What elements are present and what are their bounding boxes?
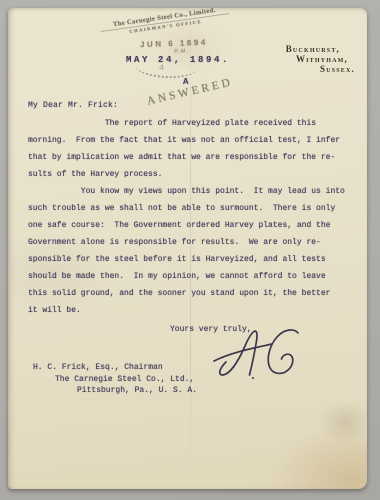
- recipient-line: Pittsburgh, Pa., U. S. A.: [77, 385, 197, 397]
- photo-background: The Carnegie Steel Co., Limited. CHAIRMA…: [0, 0, 380, 500]
- signature-ac: [212, 324, 304, 382]
- body-line: that by implication we admit that we are…: [28, 149, 358, 166]
- body-line: sponsible for the steel before it is Har…: [28, 251, 358, 268]
- letter-body: The report of Harveyized plate received …: [28, 115, 358, 319]
- letterhead-address: Buckhurst, Withyham, Sussex.: [286, 44, 355, 74]
- received-stamp-pm: P.M.: [174, 48, 189, 55]
- body-line: one safe course: The Government ordered …: [28, 217, 358, 234]
- salutation: My Dear Mr. Frick:: [28, 101, 118, 110]
- company-office-stamp: The Carnegie Steel Co., Limited. CHAIRMA…: [100, 5, 231, 38]
- received-date-stamp: JUN 6 1894 P.M.: [140, 38, 208, 49]
- letterhead-line: Buckhurst,: [286, 44, 340, 54]
- recipient-line: H. C. Frick, Esq., Chairman: [33, 362, 197, 374]
- body-line: it will be.: [28, 302, 358, 319]
- body-line: should be made then. In my opinion, we c…: [28, 268, 358, 285]
- body-line: this solid ground, and the sooner you st…: [28, 285, 358, 302]
- letterhead-line: Sussex.: [286, 64, 355, 74]
- received-stamp-date: JUN 6 1894: [140, 38, 208, 49]
- body-line: Government alone is responsible for resu…: [28, 234, 358, 251]
- body-line: morning. From the fact that it was not a…: [28, 132, 358, 149]
- body-line: The report of Harveyized plate received …: [28, 115, 358, 132]
- recipient-line: The Carnegie Steel Co., Ltd.,: [55, 374, 197, 386]
- recipient-address-block: H. C. Frick, Esq., Chairman The Carnegie…: [33, 362, 197, 397]
- body-line: sults of the Harvey process.: [28, 166, 358, 183]
- letter-paper: The Carnegie Steel Co., Limited. CHAIRMA…: [8, 8, 367, 489]
- letterhead-line: Withyham,: [286, 54, 348, 64]
- body-line: You know my views upon this point. It ma…: [28, 183, 358, 200]
- body-line: such trouble as we shall not be able to …: [28, 200, 358, 217]
